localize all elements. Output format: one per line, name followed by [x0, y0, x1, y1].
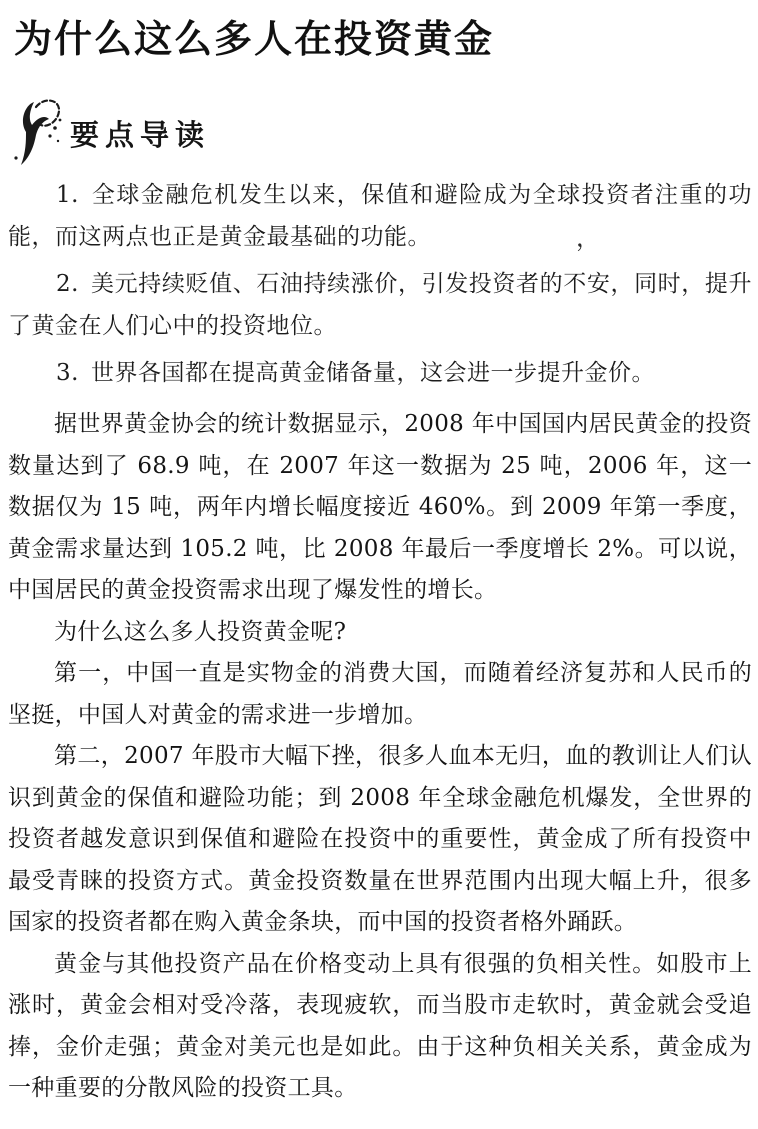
- key-point-number: 3.: [56, 360, 79, 386]
- book-page: 为什么这么多人在投资黄金 要点导读 1.全球金融危机发生以来，保值和避险成为全球…: [0, 0, 758, 1129]
- chapter-title: 为什么这么多人在投资黄金: [14, 8, 494, 63]
- body-paragraph: 为什么这么多人投资黄金呢?: [8, 612, 752, 654]
- body-text: 据世界黄金协会的统计数据显示，2008 年中国国内居民黄金的投资数量达到了 68…: [8, 404, 752, 1110]
- body-paragraph: 黄金与其他投资产品在价格变动上具有很强的负相关性。如股市上涨时，黄金会相对受冷落…: [8, 944, 752, 1110]
- body-paragraph: 第一，中国一直是实物金的消费大国，而随着经济复苏和人民币的坚挺，中国人对黄金的需…: [8, 653, 752, 736]
- key-point-number: 2.: [56, 271, 79, 297]
- lead-heading: 要点导读: [70, 113, 210, 154]
- key-point-item: 1.全球金融危机发生以来，保值和避险成为全球投资者注重的功能，而这两点也正是黄金…: [8, 174, 752, 258]
- body-paragraph: 第二，2007 年股市大幅下挫，很多人血本无归，血的教训让人们认识到黄金的保值和…: [8, 736, 752, 944]
- body-paragraph: 据世界黄金协会的统计数据显示，2008 年中国国内居民黄金的投资数量达到了 68…: [8, 404, 752, 612]
- key-point-number: 1.: [56, 182, 79, 208]
- key-points-list: 1.全球金融危机发生以来，保值和避险成为全球投资者注重的功能，而这两点也正是黄金…: [8, 174, 752, 399]
- key-point-text: 世界各国都在提高黄金储备量，这会进一步提升金价。: [91, 360, 655, 386]
- key-point-item: 3.世界各国都在提高黄金储备量，这会进一步提升金价。: [8, 352, 752, 394]
- stray-comma-print-artifact: ，: [576, 218, 600, 253]
- key-point-text: 全球金融危机发生以来，保值和避险成为全球投资者注重的功能，而这两点也正是黄金最基…: [8, 182, 752, 250]
- lead-header: 要点导读: [6, 94, 210, 172]
- ink-brush-ornament-icon: [6, 94, 64, 172]
- key-point-text: 美元持续贬值、石油持续涨价，引发投资者的不安，同时，提升了黄金在人们心中的投资地…: [8, 271, 752, 339]
- key-point-item: 2.美元持续贬值、石油持续涨价，引发投资者的不安，同时，提升了黄金在人们心中的投…: [8, 263, 752, 347]
